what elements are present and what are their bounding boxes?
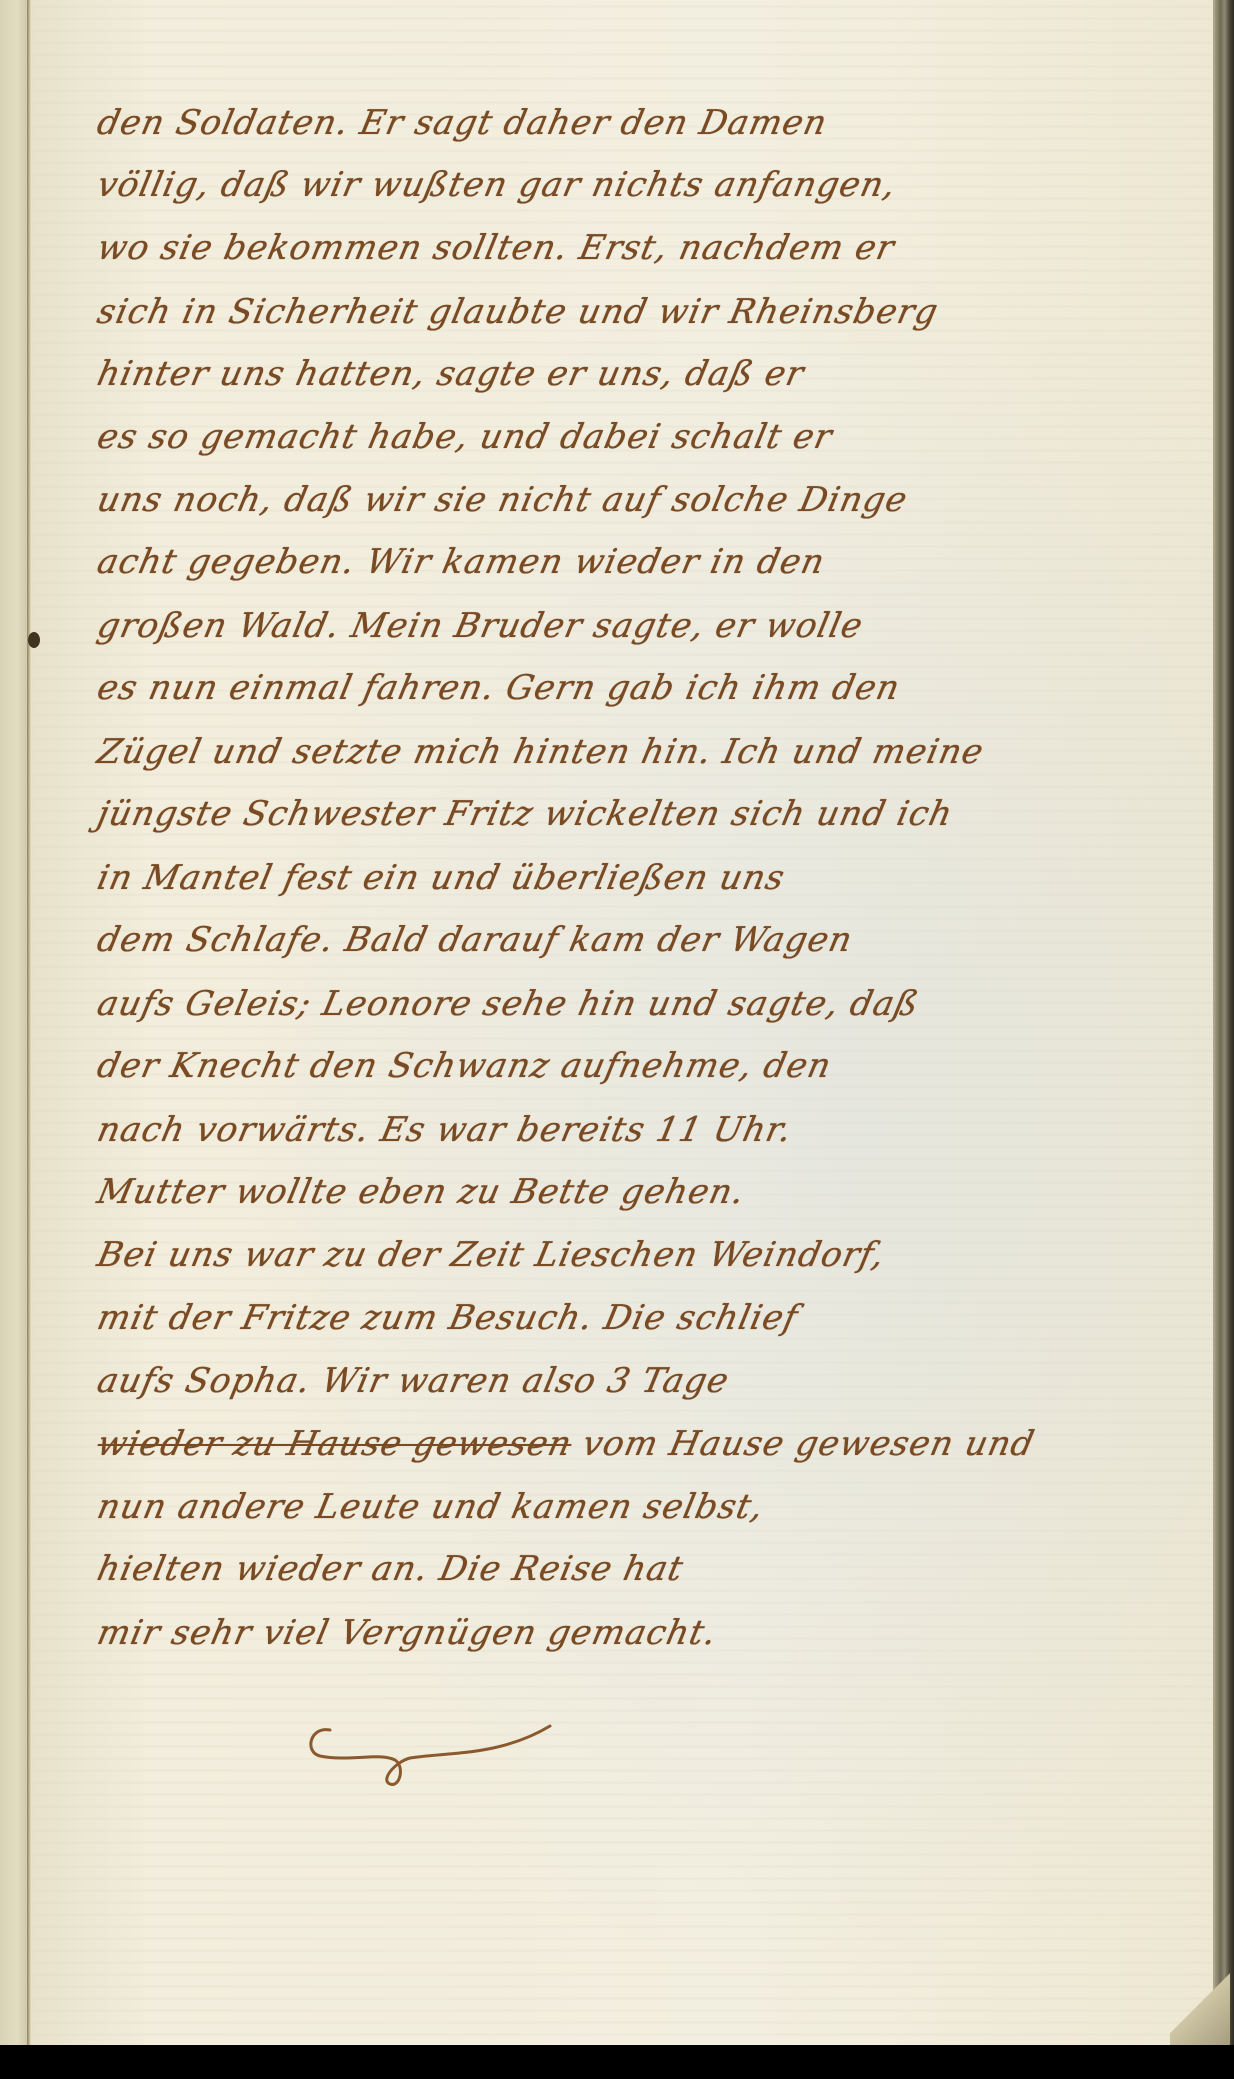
scan-bottom-border — [0, 2045, 1234, 2079]
manuscript-line: mir sehr viel Vergnügen gemacht. — [94, 1613, 721, 1653]
page-corner-curl — [1170, 1960, 1230, 2045]
manuscript-line: völlig, daß wir wußten gar nichts anfang… — [94, 165, 900, 205]
manuscript-line: in Mantel fest ein und überließen uns — [94, 858, 789, 898]
struck-through-text: wieder zu Hause gewesen — [94, 1424, 576, 1464]
manuscript-line: aufs Sopha. Wir waren also 3 Tage — [94, 1361, 733, 1401]
manuscript-line: es nun einmal fahren. Gern gab ich ihm d… — [94, 668, 904, 708]
page-stack-edge — [1213, 0, 1234, 2045]
manuscript-line: jüngste Schwester Fritz wickelten sich u… — [94, 794, 957, 834]
manuscript-line: hinter uns hatten, sagte er uns, daß er — [94, 354, 808, 394]
manuscript-line: großen Wald. Mein Bruder sagte, er wolle — [94, 606, 867, 646]
binding-thread-hole — [28, 632, 40, 648]
manuscript-scan: den Soldaten. Er sagt daher den Damenvöl… — [0, 0, 1234, 2045]
manuscript-line: hielten wieder an. Die Reise hat — [94, 1549, 687, 1589]
manuscript-line: dem Schlafe. Bald darauf kam der Wagen — [94, 920, 857, 960]
manuscript-line: nun andere Leute und kamen selbst, — [94, 1487, 768, 1527]
manuscript-line: sich in Sicherheit glaubte und wir Rhein… — [94, 292, 942, 332]
manuscript-line: acht gegeben. Wir kamen wieder in den — [94, 542, 829, 582]
manuscript-line: Mutter wollte eben zu Bette gehen. — [94, 1172, 749, 1212]
manuscript-line: es so gemacht habe, und dabei schalt er — [94, 417, 836, 457]
manuscript-line: den Soldaten. Er sagt daher den Damen — [94, 103, 831, 143]
manuscript-line: Zügel und setzte mich hinten hin. Ich un… — [94, 732, 988, 772]
binding-gutter — [27, 0, 31, 2045]
manuscript-line: uns noch, daß wir sie nicht auf solche D… — [94, 480, 912, 520]
manuscript-line: aufs Geleis; Leonore sehe hin und sagte,… — [94, 984, 923, 1024]
manuscript-line: Bei uns war zu der Zeit Lieschen Weindor… — [94, 1235, 889, 1275]
previous-page-edge — [0, 0, 28, 2045]
manuscript-line: mit der Fritze zum Besuch. Die schlief — [94, 1298, 802, 1338]
manuscript-line: wieder zu Hause gewesen vom Hause gewese… — [94, 1424, 1039, 1464]
manuscript-line: der Knecht den Schwanz aufnehme, den — [94, 1046, 836, 1086]
manuscript-line: nach vorwärts. Es war bereits 11 Uhr. — [94, 1110, 796, 1150]
end-flourish-icon — [300, 1722, 560, 1792]
manuscript-line: wo sie bekommen sollten. Erst, nachdem e… — [94, 228, 899, 268]
